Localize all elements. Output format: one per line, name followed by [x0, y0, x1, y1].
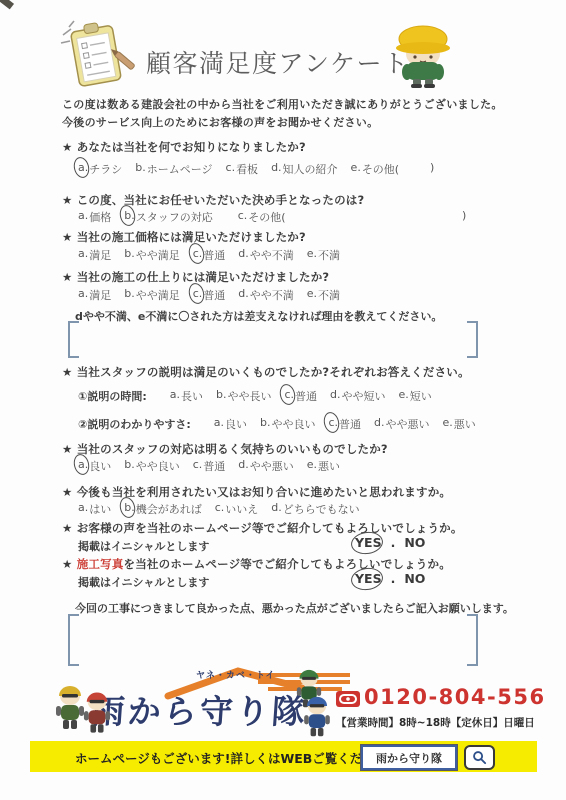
option-key: e. [398, 388, 408, 404]
option-text: 看板 [236, 161, 258, 177]
intro-line-1: この度は数ある建設会社の中から当社をご利用いただき誠にありがとうございました。 [62, 96, 503, 114]
option: e.悪い [307, 458, 340, 474]
search-input: 雨から守り隊 [361, 745, 457, 770]
option-key: a. [78, 458, 88, 474]
brand-small-text: ヤネ・カベ・トイ [196, 668, 275, 681]
option: b.スタッフの対応 [124, 209, 212, 225]
ranger-mascot-yellow [55, 684, 85, 732]
option: a.長い [170, 388, 203, 404]
option-key: b. [216, 388, 226, 404]
option-text: やや不満 [250, 247, 294, 263]
option-text: 普通 [295, 388, 317, 404]
q1-title: ★ あなたは当社を何でお知りになりましたか? [62, 139, 306, 155]
option-text: 価格 [89, 209, 111, 225]
q2-close-paren: ) [462, 209, 466, 222]
q4-options: a.満足 b.やや満足 c.普通 d.やや不満 e.不満 [78, 287, 340, 303]
option-text: やや短い [341, 388, 385, 404]
option: e.その他( [351, 161, 400, 177]
option-key: a. [78, 501, 88, 517]
option-text: ホームページ [147, 161, 213, 177]
separator-dot: . [391, 571, 396, 586]
option-key: b. [124, 458, 134, 474]
explain-row-time: ①説明の時間: a.長い b.やや長い c.普通 d.やや短い e.短い [78, 388, 432, 404]
option-key: c. [193, 287, 203, 303]
photo-highlight: 施工写真 [77, 557, 124, 571]
option-key: a. [78, 209, 88, 225]
option: b.やや良い [260, 416, 315, 432]
q3-title: ★ 当社の施工価格には満足いただけましたか? [62, 229, 306, 245]
separator-dot: . [391, 535, 396, 550]
option: e.悪い [442, 416, 475, 432]
option-text: チラシ [89, 161, 122, 177]
option-key: c. [215, 501, 225, 517]
option-key: e. [307, 247, 317, 263]
banner-text: ホームページもございます!詳しくはWEBご覧ください [75, 749, 387, 767]
option-text: やや満足 [136, 247, 180, 263]
yes-label: YES [355, 571, 382, 586]
option-text: 短い [410, 388, 432, 404]
page-title: 顧客満足度アンケート [146, 44, 410, 80]
option: d.やや不満 [238, 247, 293, 263]
option-text: 良い [225, 416, 247, 432]
option-key: e. [307, 458, 317, 474]
option-key: c. [193, 247, 203, 263]
scan-artifact [0, 0, 14, 9]
option-text: 知人の紹介 [283, 161, 338, 177]
photo-initials-note: 掲載はイニシャルとします [78, 574, 209, 590]
option: b.やや満足 [124, 247, 179, 263]
option-key: d. [238, 458, 248, 474]
phone-number: 0120-804-556 [364, 685, 546, 709]
option-key: a. [78, 247, 88, 263]
option-key: d. [271, 161, 281, 177]
yes-label: YES [355, 535, 382, 550]
option-text: 満足 [89, 287, 111, 303]
option: d.やや悪い [374, 416, 429, 432]
option-key: e. [442, 416, 452, 432]
q1-close-paren: ) [430, 161, 434, 174]
voice-title: ★ お客様の声を当社のホームページ等でご紹介してもよろしいでしょうか。 [62, 520, 463, 536]
photo-title: ★ 施工写真を当社のホームページ等でご紹介してもよろしいでしょうか。 [62, 556, 451, 572]
freedial-icon [336, 691, 360, 707]
option-key: e. [307, 287, 317, 303]
option-key: d. [271, 501, 281, 517]
option-key: d. [374, 416, 384, 432]
option-text: やや悪い [250, 458, 294, 474]
scanned-survey-page: 顧客満足度アンケート この度は数ある建設会社の中から当社をご利用いただき誠にあり… [0, 0, 566, 800]
option-text: 機会があれば [136, 501, 202, 517]
no-label: NO [404, 535, 425, 550]
option-key: b. [124, 247, 134, 263]
q3-options: a.満足 b.やや満足 c.普通 d.やや不満 e.不満 [78, 247, 340, 263]
comment-writein-area [68, 614, 478, 666]
option: a.はい [78, 501, 111, 517]
option: a.良い [214, 416, 247, 432]
option: a.満足 [78, 247, 111, 263]
option-text: 長い [181, 388, 203, 404]
web-banner: ホームページもございます!詳しくはWEBご覧ください 雨から守り隊 [30, 741, 537, 772]
option-key: d. [330, 388, 340, 404]
option: b.やや満足 [124, 287, 179, 303]
option: b.やや長い [216, 388, 271, 404]
q2-options: a.価格 b.スタッフの対応 c.その他( [78, 209, 286, 225]
attitude-title: ★ 当社のスタッフの対応は明るく気持ちのいいものでしたか? [62, 441, 388, 457]
option: e.不満 [307, 247, 340, 263]
option: d.やや不満 [238, 287, 293, 303]
option-text: 普通 [339, 416, 361, 432]
option: d.やや短い [330, 388, 385, 404]
option-key: b. [260, 416, 270, 432]
option: c.いいえ [215, 501, 259, 517]
option-key: c. [226, 161, 236, 177]
option: d.やや悪い [238, 458, 293, 474]
option: c.普通 [328, 416, 361, 432]
row-label: ②説明のわかりやすさ: [78, 416, 191, 432]
option-text: やや不満 [250, 287, 294, 303]
right-bracket [467, 614, 478, 666]
option-text: やや悪い [385, 416, 429, 432]
photo-title-rest: を当社のホームページ等でご紹介してもよろしいでしょうか。 [124, 557, 451, 571]
left-bracket [68, 321, 79, 358]
option: b.ホームページ [135, 161, 212, 177]
option: d.どちらでもない [271, 501, 359, 517]
option-text: いいえ [225, 501, 258, 517]
option: c.普通 [193, 287, 226, 303]
option-key: a. [170, 388, 180, 404]
option-text: 普通 [203, 247, 225, 263]
business-hours: 【営業時間】8時~18時【定休日】日曜日 [336, 715, 535, 730]
bowing-worker-mascot [393, 24, 453, 90]
search-button [464, 745, 495, 770]
option-text: 不満 [318, 287, 340, 303]
option: c.看板 [226, 161, 259, 177]
star: ★ [62, 557, 77, 571]
option-key: c. [238, 209, 248, 225]
option-key: c. [284, 388, 294, 404]
option-key: a. [78, 287, 88, 303]
option-text: やや良い [271, 416, 315, 432]
option-key: a. [78, 161, 88, 177]
intro-line-2: 今後のサービス向上のためにお客様の声をお聞かせください。 [62, 114, 378, 132]
option: a.満足 [78, 287, 111, 303]
q1-options: a.チラシ b.ホームページ c.看板 d.知人の紹介 e.その他( [78, 161, 399, 177]
option-text: 満足 [89, 247, 111, 263]
option-key: c. [193, 458, 203, 474]
option-key: c. [328, 416, 338, 432]
option: c.その他( [238, 209, 286, 225]
option: c.普通 [193, 458, 226, 474]
option-text: 不満 [318, 247, 340, 263]
option-text: やや良い [136, 458, 180, 474]
option: a.価格 [78, 209, 111, 225]
option: c.普通 [193, 247, 226, 263]
reason-writein-area [68, 321, 478, 358]
option-text: どちらでもない [283, 501, 360, 517]
option-key: b. [124, 501, 134, 517]
magnifier-icon [472, 750, 487, 765]
option-key: b. [135, 161, 145, 177]
attitude-options: a.良い b.やや良い c.普通 d.やや悪い e.悪い [78, 458, 340, 474]
option-text: その他( [362, 161, 399, 177]
right-bracket [467, 321, 478, 358]
option-key: b. [124, 209, 134, 225]
option-key: d. [238, 247, 248, 263]
row-label: ①説明の時間: [78, 388, 147, 404]
option: d.知人の紹介 [271, 161, 337, 177]
photo-yes-no: YES . NO [355, 571, 425, 586]
ranger-mascot-blue [303, 695, 331, 739]
option-text: やや長い [227, 388, 271, 404]
option: b.やや良い [124, 458, 179, 474]
brand-logo-text: 雨から守り隊 [90, 686, 309, 733]
explain-title: ★ 当社スタッフの説明は満足のいくものでしたか?それぞれお答えください。 [62, 364, 470, 380]
clipboard-pencil-icon [58, 18, 138, 92]
option: e.短い [398, 388, 431, 404]
option-key: b. [124, 287, 134, 303]
ranger-mascot-red [83, 690, 111, 736]
option-text: はい [89, 501, 111, 517]
future-options: a.はい b.機会があれば c.いいえ d.どちらでもない [78, 501, 360, 517]
option-text: その他( [248, 209, 285, 225]
option: b.機会があれば [124, 501, 201, 517]
option: c.普通 [284, 388, 317, 404]
explain-row-clarity: ②説明のわかりやすさ: a.良い b.やや良い c.普通 d.やや悪い e.悪い [78, 416, 476, 432]
option-text: やや満足 [136, 287, 180, 303]
option: a.チラシ [78, 161, 122, 177]
option-key: d. [238, 287, 248, 303]
voice-initials-note: 掲載はイニシャルとします [78, 538, 209, 554]
no-label: NO [404, 571, 425, 586]
option-text: 悪い [454, 416, 476, 432]
option: a.良い [78, 458, 111, 474]
voice-yes-no: YES . NO [355, 535, 425, 550]
future-title: ★ 今後も当社を利用されたい又はお知り合いに進めたいと思われますか。 [62, 484, 451, 500]
left-bracket [68, 614, 79, 666]
option-text: 良い [89, 458, 111, 474]
option: e.不満 [307, 287, 340, 303]
option-text: 普通 [203, 287, 225, 303]
option-text: スタッフの対応 [136, 209, 213, 225]
option-key: a. [214, 416, 224, 432]
q2-title: ★ この度、当社にお任せいただいた決め手となったのは? [62, 192, 364, 208]
option-text: 普通 [203, 458, 225, 474]
option-key: e. [351, 161, 361, 177]
option-text: 悪い [318, 458, 340, 474]
